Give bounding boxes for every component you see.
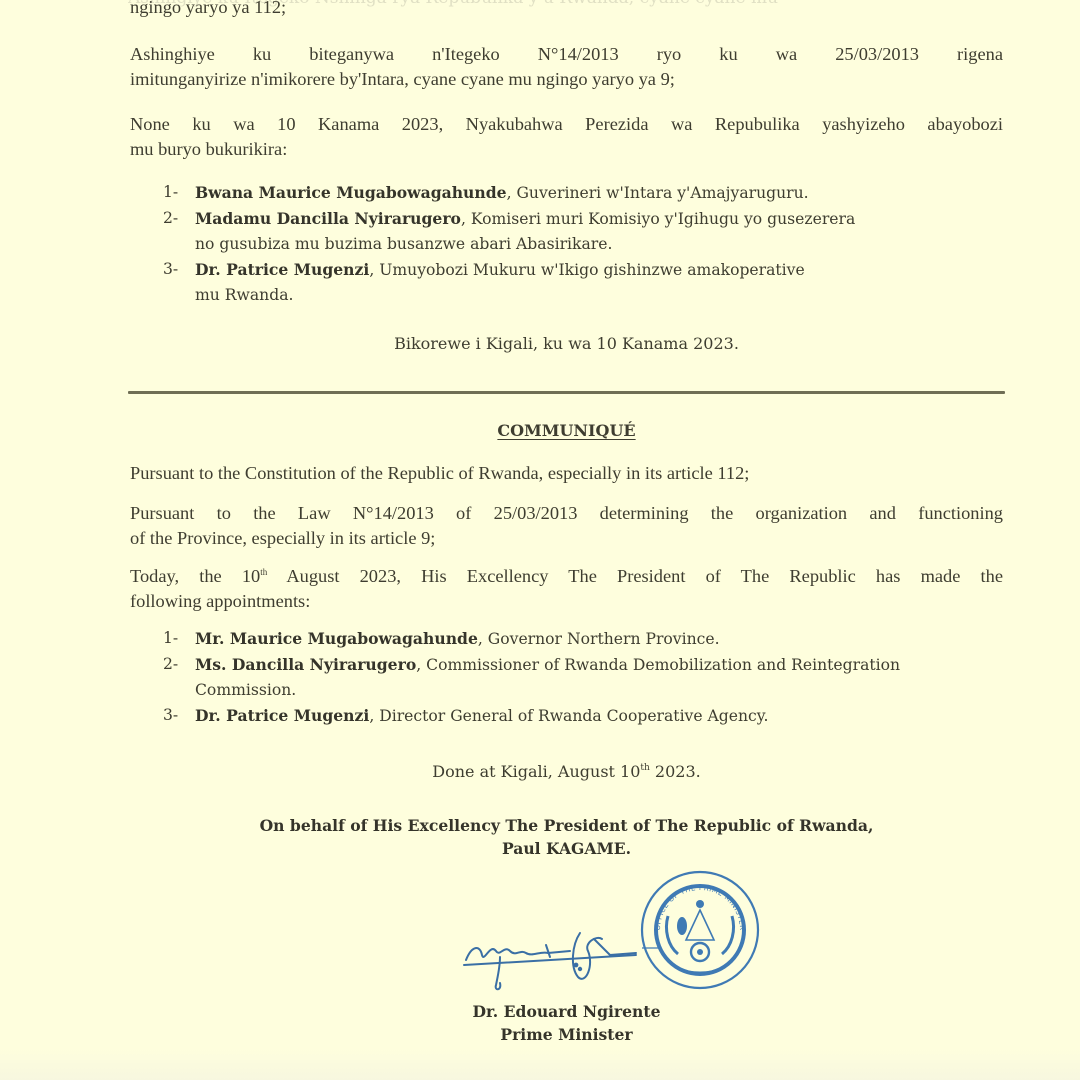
appointee-name: Dr. Patrice Mugenzi [195, 706, 369, 725]
appointee-name: Bwana Maurice Mugabowagahunde [195, 183, 507, 202]
item-number: 2- [163, 652, 178, 677]
item-number: 3- [163, 257, 178, 282]
en-appointment-item: 1- Mr. Maurice Mugabowagahunde, Governor… [163, 626, 1008, 652]
kin-appointment-line-1: None ku wa 10 Kanama 2023, Nyakubahwa Pe… [130, 112, 1003, 137]
signatory-title: Prime Minister [128, 1023, 1005, 1046]
en-preamble-constitution: Pursuant to the Constitution of the Repu… [130, 461, 1003, 486]
kin-constitution-line: ngingo yaryo ya 112; [130, 0, 286, 17]
en-today-text-post: August 2023, His Excellency The Presiden… [267, 566, 1003, 586]
en-today-line-2: following appointments: [130, 589, 1003, 614]
appointee-name: Madamu Dancilla Nyirarugero [195, 209, 461, 228]
ordinal-suffix: th [640, 763, 649, 773]
kin-appointment-item: 3- Dr. Patrice Mugenzi, Umuyobozi Mukuru… [163, 257, 1008, 308]
en-constitution-line: Pursuant to the Constitution of the Repu… [130, 463, 749, 483]
communique-heading: COMMUNIQUÉ [128, 421, 1005, 440]
en-done-at-post: 2023. [650, 762, 701, 781]
item-number: 1- [163, 180, 178, 205]
appointee-role: , Commissioner of Rwanda Demobilization … [416, 656, 900, 674]
en-appointment-item: 2- Ms. Dancilla Nyirarugero, Commissione… [163, 652, 1008, 703]
kin-law-line-2: imitunganyirize n'imikorere by'Intara, c… [130, 67, 1003, 92]
document-page: Ashingiye ku Itegeko Nshinga rya Repubul… [0, 0, 1080, 1080]
communique-heading-text: COMMUNIQUÉ [497, 421, 635, 440]
en-law-line-2: of the Province, especially in its artic… [130, 526, 1003, 551]
kin-appointment-list: 1- Bwana Maurice Mugabowagahunde, Guveri… [163, 180, 1008, 308]
on-behalf-line-2: Paul KAGAME. [128, 837, 1005, 860]
kin-done-at: Bikorewe i Kigali, ku wa 10 Kanama 2023. [128, 334, 1005, 353]
appointee-role: , Umuyobozi Mukuru w'Ikigo gishinzwe ama… [369, 261, 804, 279]
kin-law-line-1: Ashinghiye ku biteganywa n'Itegeko N°14/… [130, 42, 1003, 67]
item-number: 3- [163, 703, 178, 728]
appointee-name: Dr. Patrice Mugenzi [195, 260, 369, 279]
on-behalf-line-1: On behalf of His Excellency The Presiden… [128, 814, 1005, 837]
item-number: 2- [163, 206, 178, 231]
en-preamble-today: Today, the 10th August 2023, His Excelle… [130, 564, 1003, 614]
appointee-role-continued: no gusubiza mu buzima busanzwe abari Aba… [195, 235, 612, 253]
appointee-role: , Komiseri muri Komisiyo y'Igihugu yo gu… [461, 210, 855, 228]
signatory-block: Dr. Edouard Ngirente Prime Minister [128, 1000, 1005, 1046]
kin-preamble-law: Ashinghiye ku biteganywa n'Itegeko N°14/… [130, 42, 1003, 92]
en-law-line-1: Pursuant to the Law N°14/2013 of 25/03/2… [130, 501, 1003, 526]
kin-appointment-item: 2- Madamu Dancilla Nyirarugero, Komiseri… [163, 206, 1008, 257]
en-appointment-list: 1- Mr. Maurice Mugabowagahunde, Governor… [163, 626, 1008, 729]
page-bottom-shade [0, 1048, 1080, 1080]
appointee-role-continued: mu Rwanda. [195, 286, 293, 304]
en-preamble-law: Pursuant to the Law N°14/2013 of 25/03/2… [130, 501, 1003, 551]
appointee-name: Ms. Dancilla Nyirarugero [195, 655, 416, 674]
prime-minister-seal-icon: OFFICE OF THE PRIME MINISTER [638, 868, 762, 992]
en-done-at: Done at Kigali, August 10th 2023. [128, 762, 1005, 781]
section-divider [128, 391, 1005, 394]
kin-preamble-constitution-end: ngingo yaryo ya 112; [130, 0, 1003, 20]
en-appointment-item: 3- Dr. Patrice Mugenzi, Director General… [163, 703, 1008, 729]
kin-preamble-appointment: None ku wa 10 Kanama 2023, Nyakubahwa Pe… [130, 112, 1003, 162]
appointee-role-continued: Commission. [195, 681, 296, 699]
appointee-role: , Governor Northern Province. [478, 630, 720, 648]
on-behalf-block: On behalf of His Excellency The Presiden… [128, 814, 1005, 860]
item-number: 1- [163, 626, 178, 651]
signature-icon [460, 905, 660, 995]
en-today-line-1: Today, the 10th August 2023, His Excelle… [130, 564, 1003, 589]
kin-appointment-item: 1- Bwana Maurice Mugabowagahunde, Guveri… [163, 180, 1008, 206]
appointee-name: Mr. Maurice Mugabowagahunde [195, 629, 478, 648]
appointee-role: , Director General of Rwanda Cooperative… [369, 707, 768, 725]
signatory-name: Dr. Edouard Ngirente [128, 1000, 1005, 1023]
en-done-at-pre: Done at Kigali, August 10 [432, 762, 640, 781]
appointee-role: , Guverineri w'Intara y'Amajyaruguru. [507, 184, 809, 202]
en-today-text-pre: Today, the 10 [130, 566, 260, 586]
kin-appointment-line-2: mu buryo bukurikira: [130, 137, 1003, 162]
